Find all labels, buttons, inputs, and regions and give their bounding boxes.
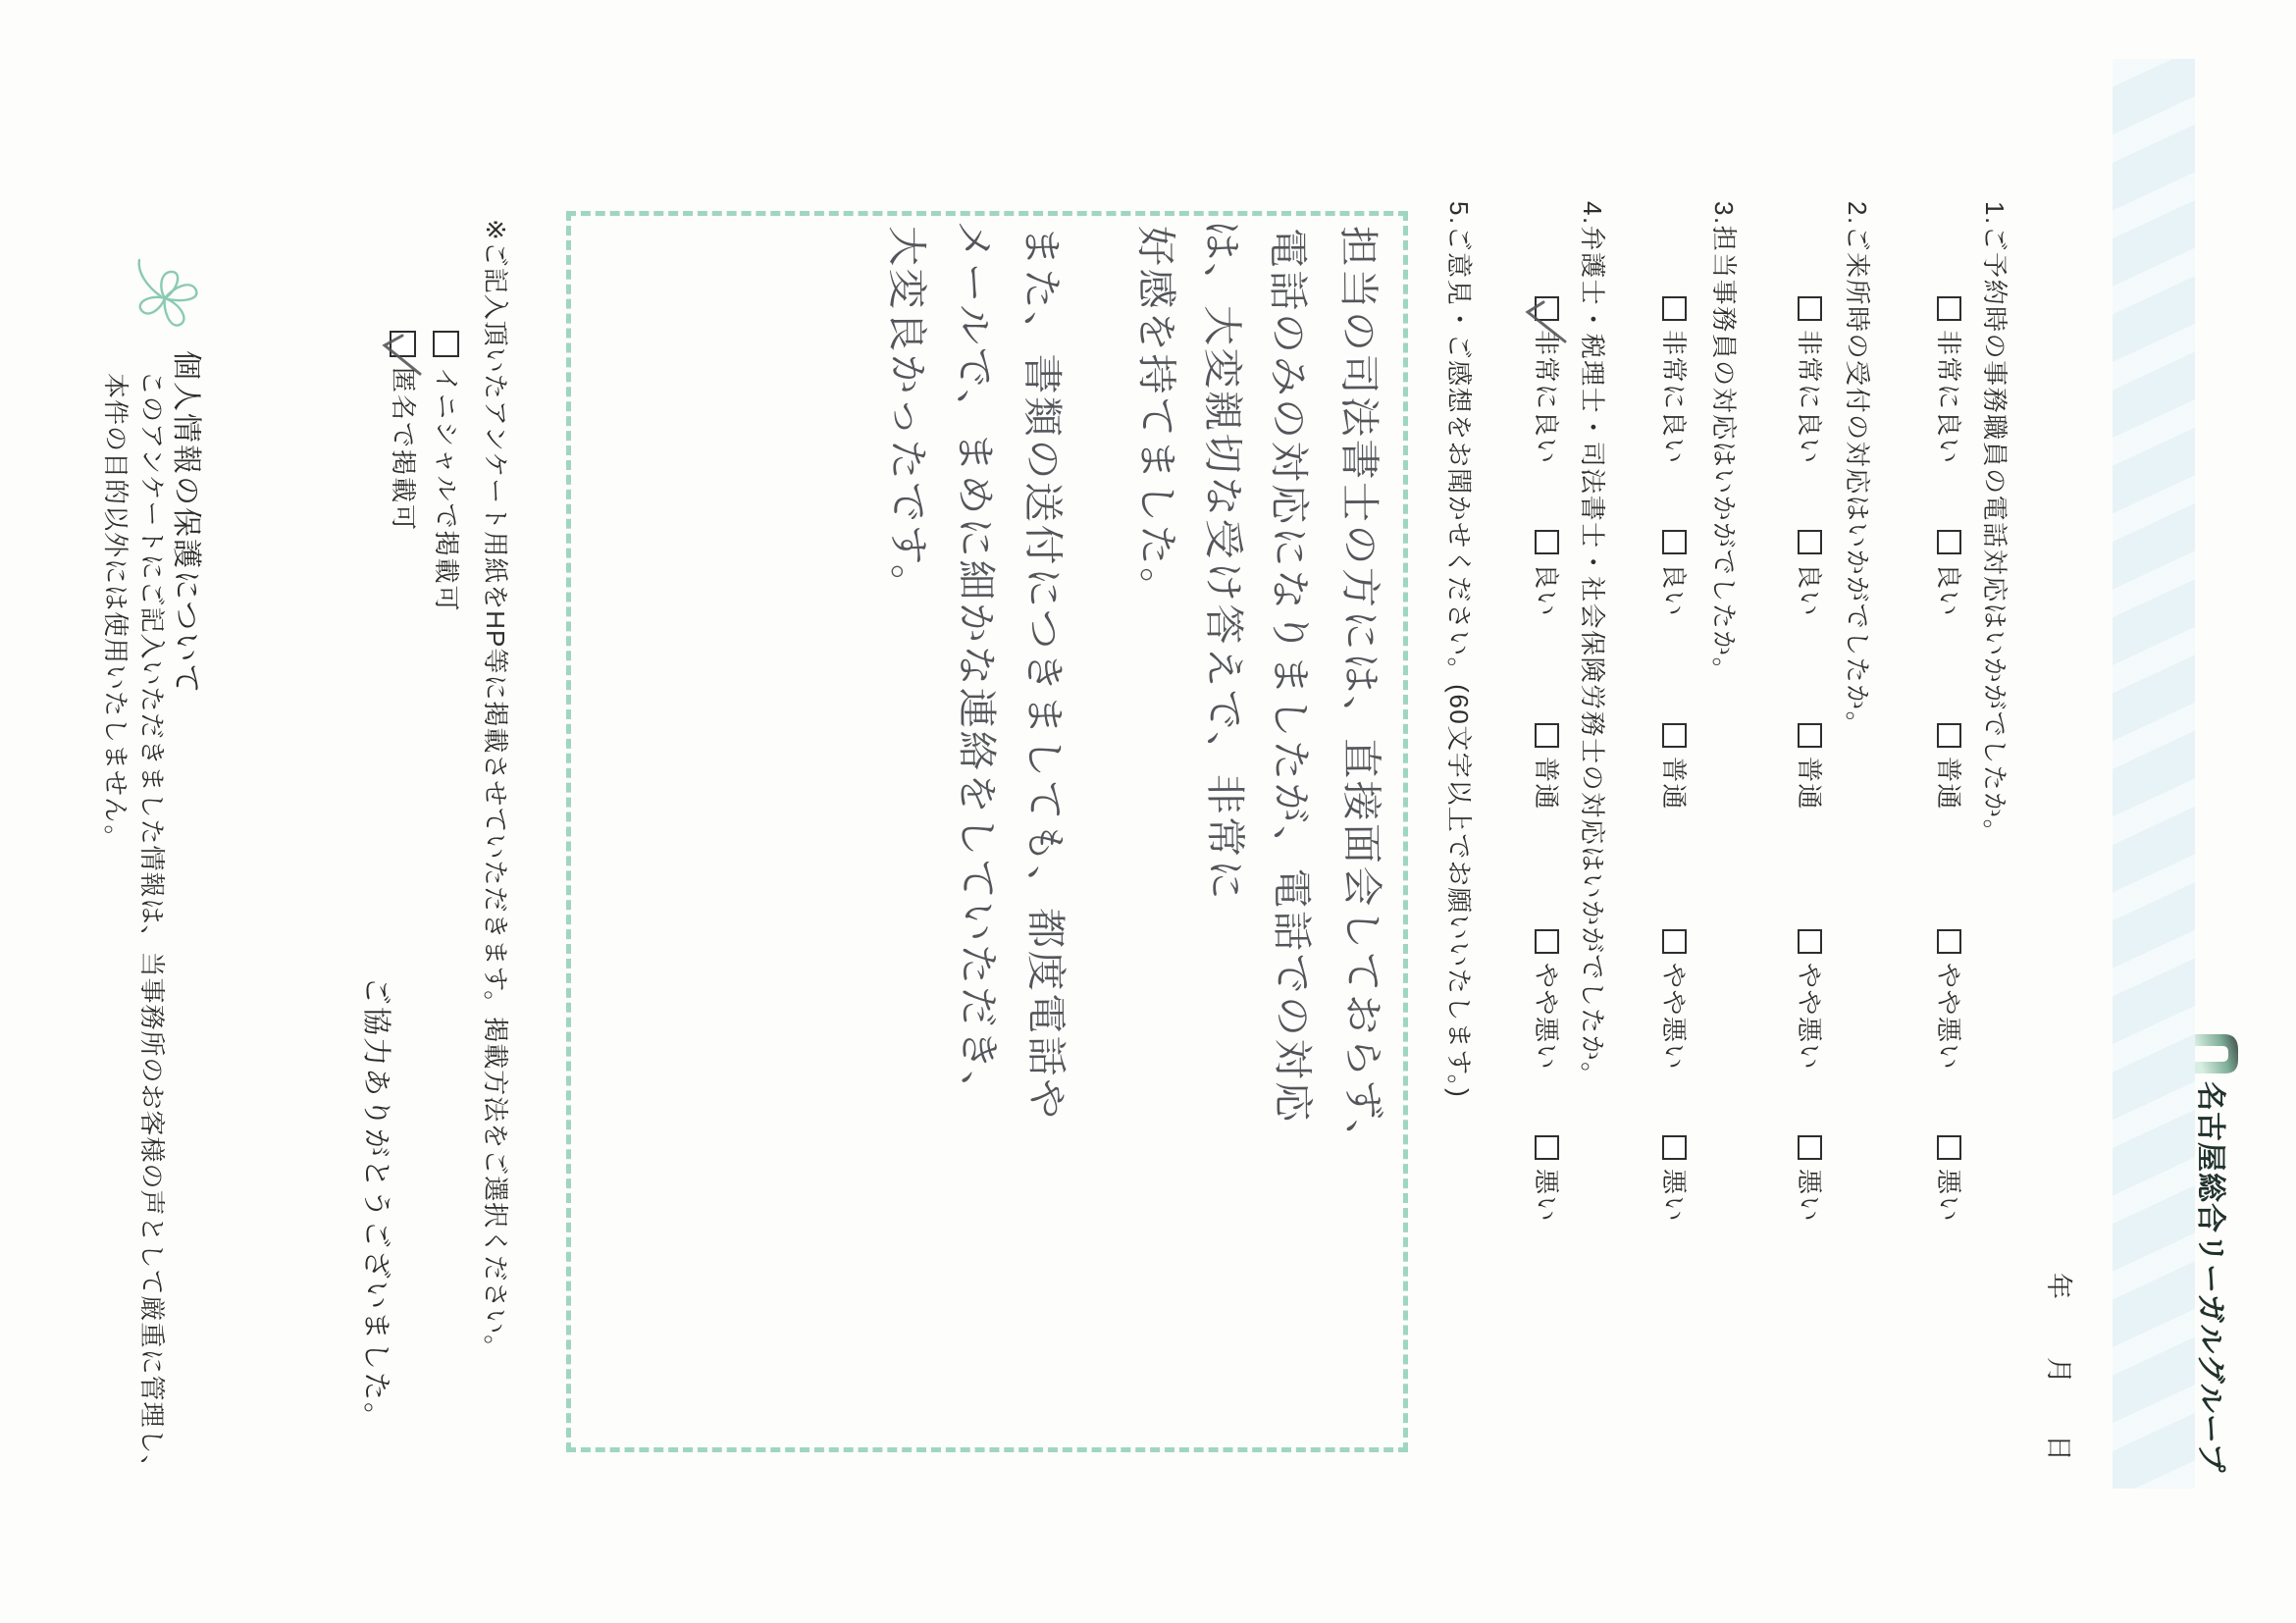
question-2-options: 非常に良い 良い 普通 やや悪い 悪い (1789, 0, 1822, 1623)
date-day-label: 日 (2042, 1435, 2080, 1461)
publication-note: ※ご記入頂いたアンケート用紙をHP等に掲載させていただきます。掲載方法をご選択く… (479, 219, 515, 1361)
option-q1-bad: 悪い (1935, 1135, 1961, 1223)
option-q4-good: 良い (1533, 530, 1559, 617)
checkbox[interactable] (1662, 1135, 1687, 1160)
checkbox[interactable] (433, 331, 459, 357)
question-1-options: 非常に良い 良い 普通 やや悪い 悪い (1928, 0, 1961, 1623)
checkbox[interactable] (1937, 530, 1961, 554)
brand-logo-icon (2194, 1031, 2241, 1075)
checkbox[interactable] (1535, 929, 1559, 954)
privacy-title: 個人情報の保護について (168, 350, 211, 695)
question-2-text: 2.ご来所時の受付の対応はいかがでしたか。 (1841, 201, 1877, 738)
checkbox[interactable] (1798, 929, 1822, 954)
option-q4-somewhat-bad: やや悪い (1533, 929, 1559, 1071)
date-year-label: 年 (2042, 1273, 2080, 1299)
checkbox[interactable] (1937, 723, 1961, 748)
question-1-text: 1.ご予約時の事務職員の電話対応はいかがでしたか。 (1978, 201, 2014, 846)
option-q2-somewhat-bad: やや悪い (1796, 929, 1822, 1071)
option-q3-somewhat-bad: やや悪い (1660, 929, 1687, 1071)
question-4-options: 非常に良い 良い 普通 やや悪い 悪い (1526, 0, 1559, 1623)
privacy-line-2: 本件の目的以外には使用いたしません。 (99, 373, 135, 852)
date-month-label: 月 (2042, 1357, 2080, 1384)
option-q4-bad: 悪い (1533, 1135, 1559, 1223)
option-q1-good: 良い (1935, 530, 1961, 617)
comment-line: は、大変親切な受け答えで、非常に (1196, 220, 1258, 903)
privacy-line-1: このアンケートにご記入いただきました情報は、当事務所のお客様の声として厳重に管理… (135, 370, 172, 1481)
header-band (2113, 59, 2195, 1489)
option-q1-normal: 普通 (1935, 723, 1961, 811)
checkbox-checked[interactable] (390, 331, 416, 357)
option-q1-very-good: 非常に良い (1935, 296, 1961, 465)
checkbox-checked[interactable] (1535, 296, 1559, 321)
scanned-survey-sheet: 名古屋総合リーガルグループ 年 月 日 1.ご予約時の事務職員の電話対応はいかが… (0, 0, 2296, 1623)
publish-option-initials: イニシャルで掲載可 (433, 331, 459, 612)
option-q4-very-good: 非常に良い (1533, 296, 1559, 465)
option-q3-good: 良い (1660, 530, 1687, 617)
checkbox[interactable] (1937, 929, 1961, 954)
thanks-message: ご協力ありがとうございました。 (358, 976, 398, 1433)
comment-line: また、書類の送付につきましても、都度電話や (1016, 226, 1079, 1122)
checkbox[interactable] (1662, 530, 1687, 554)
clover-icon (116, 257, 216, 340)
option-q3-bad: 悪い (1660, 1135, 1687, 1223)
comment-line: 大変良かったです。 (881, 226, 941, 607)
survey-page: 名古屋総合リーガルグループ 年 月 日 1.ご予約時の事務職員の電話対応はいかが… (0, 0, 2296, 1623)
checkbox[interactable] (1798, 530, 1822, 554)
comment-line: メールで、まめに細かな連絡をしていただき、 (948, 220, 1012, 1114)
option-q2-bad: 悪い (1796, 1135, 1822, 1223)
checkbox[interactable] (1535, 1135, 1559, 1160)
option-q3-normal: 普通 (1660, 723, 1687, 811)
checkbox[interactable] (1937, 296, 1961, 321)
option-q2-very-good: 非常に良い (1796, 296, 1822, 465)
question-5-text: 5.ご意見・ご感想をお聞かせください。(60文字以上でお願いいたします。) (1442, 201, 1479, 1098)
checkbox[interactable] (1798, 723, 1822, 748)
checkbox[interactable] (1662, 723, 1687, 748)
option-q1-somewhat-bad: やや悪い (1935, 929, 1961, 1071)
comment-line: 担当の司法書士の方には、直接面会しておらず、 (1332, 226, 1396, 1162)
option-q3-very-good: 非常に良い (1660, 296, 1687, 465)
check-mark-icon (1518, 292, 1569, 347)
checkbox[interactable] (1662, 296, 1687, 321)
brand-name: 名古屋総合リーガルグループ (2192, 1081, 2235, 1473)
question-4-text: 4.弁護士・税理士・司法書士・社会保険労務士の対応はいかがでしたか。 (1576, 201, 1612, 1089)
checkbox[interactable] (1937, 1135, 1961, 1160)
option-q2-normal: 普通 (1796, 723, 1822, 811)
option-q4-normal: 普通 (1533, 723, 1559, 811)
comment-line: 好感を持てました。 (1130, 226, 1190, 610)
checkbox[interactable] (1662, 929, 1687, 954)
question-3-text: 3.担当事務員の対応はいかがでしたか。 (1707, 201, 1744, 684)
publish-option-anonymous: 匿名で掲載可 (390, 331, 416, 532)
comment-line: 電話のみの対応になりましたが、電話での対応 (1262, 228, 1326, 1125)
checkbox[interactable] (1798, 1135, 1822, 1160)
option-q2-good: 良い (1796, 530, 1822, 617)
check-mark-icon (375, 327, 426, 380)
checkbox[interactable] (1535, 723, 1559, 748)
checkbox[interactable] (1535, 530, 1559, 554)
checkbox[interactable] (1798, 296, 1822, 321)
question-3-options: 非常に良い 良い 普通 やや悪い 悪い (1653, 0, 1687, 1623)
